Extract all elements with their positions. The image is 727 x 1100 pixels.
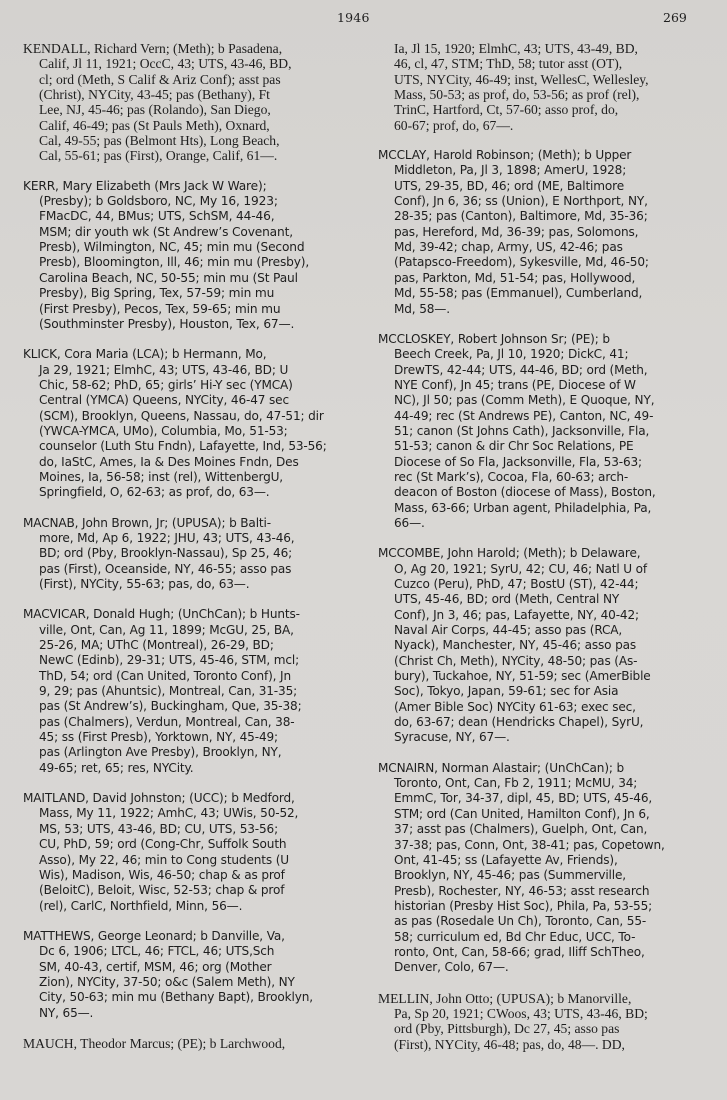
entry-line: CU, PhD, 59; ord (Cong-Chr, Suffolk Sout… xyxy=(23,837,368,852)
entry-line: TrinC, Hartford, Ct, 57-60; asso prof, d… xyxy=(378,102,718,117)
entry-line: Mass, My 11, 1922; AmhC, 43; UWis, 50-52… xyxy=(23,806,368,821)
entry-line: Calif, Jl 11, 1921; OccC, 43; UTS, 43-46… xyxy=(23,56,368,71)
entry-line: 45; ss (First Presb), Yorktown, NY, 45-4… xyxy=(23,730,368,745)
entry-line: Denver, Colo, 67—. xyxy=(378,960,718,975)
entry-line: MAUCH, Theodor Marcus; (PE); b Larchwood… xyxy=(23,1036,368,1051)
entry-line: Middleton, Pa, Jl 3, 1898; AmerU, 1928; xyxy=(378,163,718,178)
entry-line: deacon of Boston (diocese of Mass), Bost… xyxy=(378,485,718,500)
entry-line: (rel), CarlC, Northfield, Minn, 56—. xyxy=(23,899,368,914)
entry-line: MCCLAY, Harold Robinson; (Meth); b Upper xyxy=(378,148,718,163)
entry-line: Presb), Bloomington, Ill, 46; min mu (Pr… xyxy=(23,255,368,270)
entry-line: do, 63-67; dean (Hendricks Chapel), SyrU… xyxy=(378,715,718,730)
entry-line: MELLIN, John Otto; (UPUSA); b Manorville… xyxy=(378,991,718,1006)
entry-line: MCNAIRN, Norman Alastair; (UnChCan); b xyxy=(378,761,718,776)
entry-line: Presb), Wilmington, NC, 45; min mu (Seco… xyxy=(23,240,368,255)
entry-line: MACNAB, John Brown, Jr; (UPUSA); b Balti… xyxy=(23,516,368,531)
directory-entry-mccombe: MCCOMBE, John Harold; (Meth); b Delaware… xyxy=(378,546,718,745)
entry-line: (First), NYCity, 46-48; pas, do, 48—. DD… xyxy=(378,1037,718,1052)
entry-line: MACVICAR, Donald Hugh; (UnChCan); b Hunt… xyxy=(23,607,368,622)
entry-line: 25-26, MA; UThC (Montreal), 26-29, BD; xyxy=(23,638,368,653)
directory-entry-maitland: MAITLAND, David Johnston; (UCC); b Medfo… xyxy=(23,791,368,914)
entry-line: 49-65; ret, 65; res, NYCity. xyxy=(23,761,368,776)
entry-line: Cal, 55-61; pas (First), Orange, Calif, … xyxy=(23,148,368,163)
entry-line: Presby), Big Spring, Tex, 57-59; min mu xyxy=(23,286,368,301)
entry-line: (Southminster Presby), Houston, Tex, 67—… xyxy=(23,317,368,332)
entry-line: (BeloitC), Beloit, Wisc, 52-53; chap & p… xyxy=(23,883,368,898)
entry-line: Pa, Sp 20, 1921; CWoos, 43; UTS, 43-46, … xyxy=(378,1006,718,1021)
directory-entry-continued: Ia, Jl 15, 1920; ElmhC, 43; UTS, 43-49, … xyxy=(378,41,718,133)
entry-line: 37-38; pas, Conn, Ont, 38-41; pas, Copet… xyxy=(378,838,718,853)
directory-entry-mcnairn: MCNAIRN, Norman Alastair; (UnChCan); bTo… xyxy=(378,761,718,976)
entry-line: Moines, Ia, 56-58; inst (rel), Wittenber… xyxy=(23,470,368,485)
entry-line: Presb), Rochester, NY, 46-53; asst resea… xyxy=(378,884,718,899)
entry-line: MCCOMBE, John Harold; (Meth); b Delaware… xyxy=(378,546,718,561)
entry-line: Ia, Jl 15, 1920; ElmhC, 43; UTS, 43-49, … xyxy=(378,41,718,56)
entry-line: Chic, 58-62; PhD, 65; girls’ Hi-Y sec (Y… xyxy=(23,378,368,393)
entry-line: Md, 55-58; pas (Emmanuel), Cumberland, xyxy=(378,286,718,301)
directory-entry-matthews: MATTHEWS, George Leonard; b Danville, Va… xyxy=(23,929,368,1021)
entry-line: Syracuse, NY, 67—. xyxy=(378,730,718,745)
entry-line: Springfield, O, 62-63; as prof, do, 63—. xyxy=(23,485,368,500)
entry-line: Calif, 46-49; pas (St Pauls Meth), Oxnar… xyxy=(23,118,368,133)
entry-line: EmmC, Tor, 34-37, dipl, 45, BD; UTS, 45-… xyxy=(378,791,718,806)
entry-line: SM, 40-43, certif, MSM, 46; org (Mother xyxy=(23,960,368,975)
entry-line: (First Presby), Pecos, Tex, 59-65; min m… xyxy=(23,302,368,317)
entry-line: UTS, 29-35, BD, 46; ord (ME, Baltimore xyxy=(378,179,718,194)
entry-line: (YWCA-YMCA, UMo), Columbia, Mo, 51-53; xyxy=(23,424,368,439)
entry-line: KENDALL, Richard Vern; (Meth); b Pasaden… xyxy=(23,41,368,56)
directory-entry-klick: KLICK, Cora Maria (LCA); b Hermann, Mo,J… xyxy=(23,347,368,500)
entry-line: Zion), NYCity, 37-50; o&c (Salem Meth), … xyxy=(23,975,368,990)
entry-line: BD; ord (Pby, Brooklyn-Nassau), Sp 25, 4… xyxy=(23,546,368,561)
entry-line: NC), Jl 50; pas (Comm Meth), E Quoque, N… xyxy=(378,393,718,408)
entry-line: pas (First), Oceanside, NY, 46-55; asso … xyxy=(23,562,368,577)
entry-line: UTS, 45-46, BD; ord (Meth, Central NY xyxy=(378,592,718,607)
entry-line: Asso), My 22, 46; min to Cong students (… xyxy=(23,853,368,868)
entry-line: Conf), Jn 3, 46; pas, Lafayette, NY, 40-… xyxy=(378,608,718,623)
entry-line: NewC (Edinb), 29-31; UTS, 45-46, STM, mc… xyxy=(23,653,368,668)
entry-line: 51-53; canon & dir Chr Soc Relations, PE xyxy=(378,439,718,454)
entry-line: Cuzco (Peru), PhD, 47; BostU (ST), 42-44… xyxy=(378,577,718,592)
entry-line: Central (YMCA) Queens, NYCity, 46-47 sec xyxy=(23,393,368,408)
entry-line: (SCM), Brooklyn, Queens, Nassau, do, 47-… xyxy=(23,409,368,424)
entry-line: 9, 29; pas (Ahuntsic), Montreal, Can, 31… xyxy=(23,684,368,699)
entry-line: historian (Presby Hist Soc), Phila, Pa, … xyxy=(378,899,718,914)
entry-line: O, Ag 20, 1921; SyrU, 42; CU, 46; Natl U… xyxy=(378,562,718,577)
entry-line: more, Md, Ap 6, 1922; JHU, 43; UTS, 43-4… xyxy=(23,531,368,546)
entry-line: MSM; dir youth wk (St Andrew’s Covenant, xyxy=(23,225,368,240)
entry-line: NY, 65—. xyxy=(23,1006,368,1021)
entry-line: KLICK, Cora Maria (LCA); b Hermann, Mo, xyxy=(23,347,368,362)
entry-line: MS, 53; UTS, 43-46, BD; CU, UTS, 53-56; xyxy=(23,822,368,837)
entry-line: pas, Parkton, Md, 51-54; pas, Hollywood, xyxy=(378,271,718,286)
directory-entry-kendall: KENDALL, Richard Vern; (Meth); b Pasaden… xyxy=(23,41,368,164)
entry-line: Nyack), Manchester, NY, 45-46; asso pas xyxy=(378,638,718,653)
entry-line: Ja 29, 1921; ElmhC, 43; UTS, 43-46, BD; … xyxy=(23,363,368,378)
entry-line: as pas (Rosedale Un Ch), Toronto, Can, 5… xyxy=(378,914,718,929)
entry-line: 44-49; rec (St Andrews PE), Canton, NC, … xyxy=(378,409,718,424)
entry-line: pas (Chalmers), Verdun, Montreal, Can, 3… xyxy=(23,715,368,730)
directory-entry-mauch: MAUCH, Theodor Marcus; (PE); b Larchwood… xyxy=(23,1036,368,1051)
entry-line: pas, Hereford, Md, 36-39; pas, Solomons, xyxy=(378,225,718,240)
entry-line: (Christ Ch, Meth), NYCity, 48-50; pas (A… xyxy=(378,654,718,669)
entry-line: pas (St Andrew’s), Buckingham, Que, 35-3… xyxy=(23,699,368,714)
entry-line: Toronto, Ont, Can, Fb 2, 1911; McMU, 34; xyxy=(378,776,718,791)
entry-line: FMacDC, 44, BMus; UTS, SchSM, 44-46, xyxy=(23,209,368,224)
entry-line: Mass, 50-53; as prof, do, 53-56; as prof… xyxy=(378,87,718,102)
entry-line: 60-67; prof, do, 67—. xyxy=(378,118,718,133)
entry-line: 58; curriculum ed, Bd Chr Educ, UCC, To- xyxy=(378,930,718,945)
entry-line: do, IaStC, Ames, Ia & Des Moines Fndn, D… xyxy=(23,455,368,470)
document-page: 1946 269 KENDALL, Richard Vern; (Meth); … xyxy=(0,0,727,1100)
entry-line: bury), Tuckahoe, NY, 51-59; sec (AmerBib… xyxy=(378,669,718,684)
entry-line: (Presby); b Goldsboro, NC, My 16, 1923; xyxy=(23,194,368,209)
entry-line: Md, 39-42; chap, Army, US, 42-46; pas xyxy=(378,240,718,255)
entry-line: Mass, 63-66; Urban agent, Philadelphia, … xyxy=(378,501,718,516)
entry-line: UTS, NYCity, 46-49; inst, WellesC, Welle… xyxy=(378,72,718,87)
directory-entry-mccloskey: MCCLOSKEY, Robert Johnson Sr; (PE); bBee… xyxy=(378,332,718,531)
entry-line: (First), NYCity, 55-63; pas, do, 63—. xyxy=(23,577,368,592)
entry-line: City, 50-63; min mu (Bethany Bapt), Broo… xyxy=(23,990,368,1005)
entry-line: Dc 6, 1906; LTCL, 46; FTCL, 46; UTS,Sch xyxy=(23,944,368,959)
directory-entry-mellin: MELLIN, John Otto; (UPUSA); b Manorville… xyxy=(378,991,718,1052)
entry-line: NYE Conf), Jn 45; trans (PE, Diocese of … xyxy=(378,378,718,393)
directory-entry-macnab: MACNAB, John Brown, Jr; (UPUSA); b Balti… xyxy=(23,516,368,593)
entry-line: STM; ord (Can United, Hamilton Conf), Jn… xyxy=(378,807,718,822)
page-number: 269 xyxy=(663,10,687,25)
entry-line: cl; ord (Meth, S Calif & Ariz Conf); ass… xyxy=(23,72,368,87)
entry-line: ThD, 54; ord (Can United, Toronto Conf),… xyxy=(23,669,368,684)
entry-line: Ont, 41-45; ss (Lafayette Av, Friends), xyxy=(378,853,718,868)
entry-line: DrewTS, 42-44; UTS, 44-46, BD; ord (Meth… xyxy=(378,363,718,378)
entry-line: Diocese of So Fla, Jacksonville, Fla, 53… xyxy=(378,455,718,470)
entry-line: Cal, 49-55; pas (Belmont Hts), Long Beac… xyxy=(23,133,368,148)
directory-entry-mcclay: MCCLAY, Harold Robinson; (Meth); b Upper… xyxy=(378,148,718,317)
entry-line: Md, 58—. xyxy=(378,302,718,317)
entry-line: ville, Ont, Can, Ag 11, 1899; McGU, 25, … xyxy=(23,623,368,638)
entry-line: 37; asst pas (Chalmers), Guelph, Ont, Ca… xyxy=(378,822,718,837)
entry-line: Naval Air Corps, 44-45; asso pas (RCA, xyxy=(378,623,718,638)
right-column: Ia, Jl 15, 1920; ElmhC, 43; UTS, 43-49, … xyxy=(378,41,718,1067)
entry-line: KERR, Mary Elizabeth (Mrs Jack W Ware); xyxy=(23,179,368,194)
entry-line: Lee, NJ, 45-46; pas (Rolando), San Diego… xyxy=(23,102,368,117)
entry-line: Soc), Tokyo, Japan, 59-61; sec for Asia xyxy=(378,684,718,699)
left-column: KENDALL, Richard Vern; (Meth); b Pasaden… xyxy=(23,41,368,1066)
entry-line: MAITLAND, David Johnston; (UCC); b Medfo… xyxy=(23,791,368,806)
entry-line: (Patapsco-Freedom), Sykesville, Md, 46-5… xyxy=(378,255,718,270)
entry-line: counselor (Luth Stu Fndn), Lafayette, In… xyxy=(23,439,368,454)
entry-line: MATTHEWS, George Leonard; b Danville, Va… xyxy=(23,929,368,944)
entry-line: Conf), Jn 6, 36; ss (Union), E Northport… xyxy=(378,194,718,209)
entry-line: Carolina Beach, NC, 50-55; min mu (St Pa… xyxy=(23,271,368,286)
running-header-year: 1946 xyxy=(337,10,370,25)
entry-line: (Amer Bible Soc) NYCity 61-63; exec sec, xyxy=(378,700,718,715)
entry-line: ronto, Ont, Can, 58-66; grad, Iliff SchT… xyxy=(378,945,718,960)
entry-line: Beech Creek, Pa, Jl 10, 1920; DickC, 41; xyxy=(378,347,718,362)
entry-line: (Christ), NYCity, 43-45; pas (Bethany), … xyxy=(23,87,368,102)
entry-line: Wis), Madison, Wis, 46-50; chap & as pro… xyxy=(23,868,368,883)
entry-line: 28-35; pas (Canton), Baltimore, Md, 35-3… xyxy=(378,209,718,224)
directory-entry-macvicar: MACVICAR, Donald Hugh; (UnChCan); b Hunt… xyxy=(23,607,368,776)
entry-line: MCCLOSKEY, Robert Johnson Sr; (PE); b xyxy=(378,332,718,347)
entry-line: 46, cl, 47, STM; ThD, 58; tutor asst (OT… xyxy=(378,56,718,71)
directory-entry-kerr: KERR, Mary Elizabeth (Mrs Jack W Ware);(… xyxy=(23,179,368,332)
entry-line: 66—. xyxy=(378,516,718,531)
entry-line: 51; canon (St Johns Cath), Jacksonville,… xyxy=(378,424,718,439)
entry-line: pas (Arlington Ave Presby), Brooklyn, NY… xyxy=(23,745,368,760)
entry-line: Brooklyn, NY, 45-46; pas (Summerville, xyxy=(378,868,718,883)
entry-line: rec (St Mark’s), Cocoa, Fla, 60-63; arch… xyxy=(378,470,718,485)
entry-line: ord (Pby, Pittsburgh), Dc 27, 45; asso p… xyxy=(378,1021,718,1036)
